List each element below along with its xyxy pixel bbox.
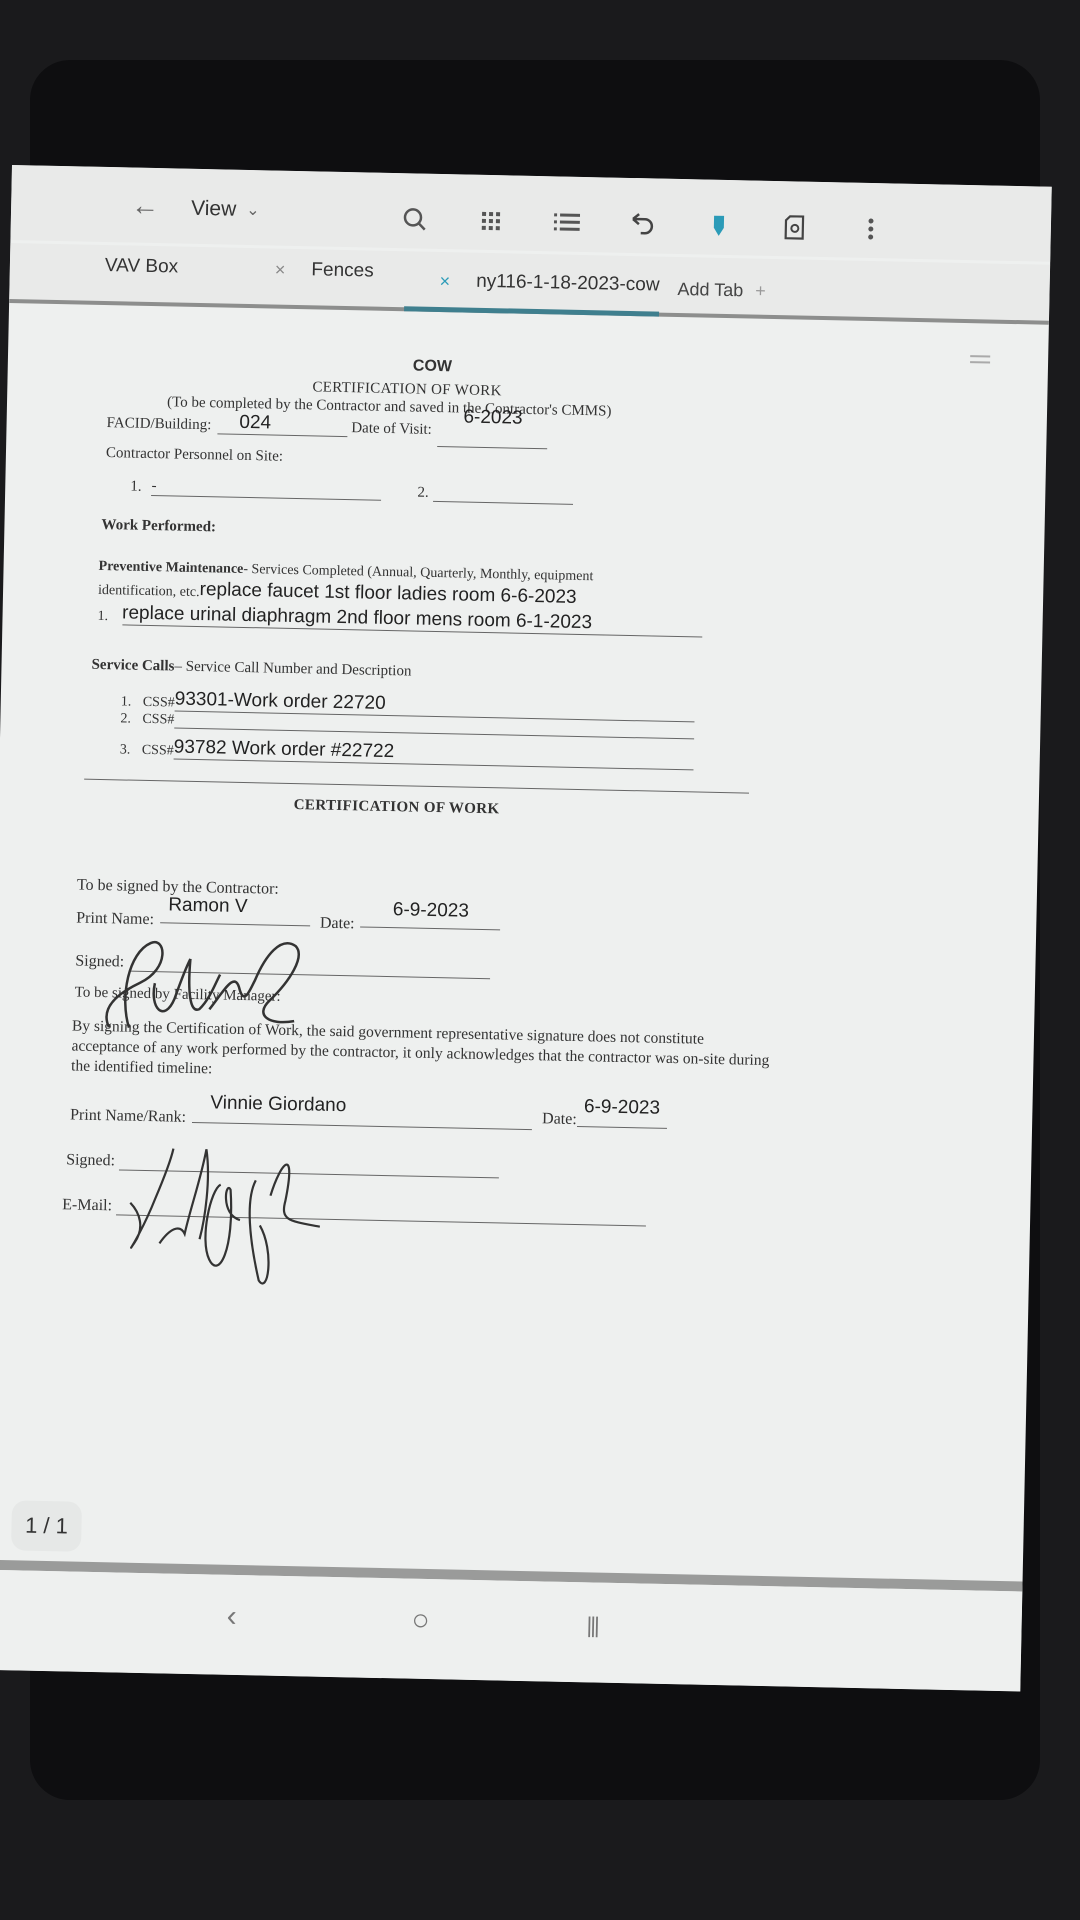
undo-icon[interactable] (629, 210, 658, 239)
service-call-row: 3.CSS#93782 Work order #22722 (120, 735, 694, 770)
tab-label: ny116-1-18-2023-cow (476, 271, 660, 297)
search-icon[interactable] (401, 205, 430, 234)
contractor-print-field[interactable]: Ramon V (160, 900, 310, 926)
app-screen: ← View ⌄ (0, 165, 1052, 1691)
service-call-field[interactable]: 93782 Work order #22722 (174, 737, 694, 771)
add-tab-button[interactable]: Add Tab + (677, 279, 766, 302)
list-icon[interactable] (553, 208, 582, 237)
grid-icon[interactable] (477, 207, 506, 236)
active-tab-indicator (404, 306, 659, 316)
facility-manager-signature (108, 1117, 412, 1303)
personnel-row: 1. - 2. (130, 478, 573, 505)
more-vertical-icon[interactable] (857, 215, 886, 244)
tab-label: Fences (311, 259, 374, 282)
work-performed-heading: Work Performed: (101, 517, 216, 536)
chevron-down-icon: ⌄ (246, 200, 260, 220)
personnel-label: Contractor Personnel on Site: (106, 445, 283, 466)
add-tab-label: Add Tab (677, 279, 743, 301)
view-menu-button[interactable]: View ⌄ (191, 197, 260, 222)
tab-vav-box[interactable]: VAV Box (105, 255, 179, 279)
pm-field-1[interactable]: replace urinal diaphragm 2nd floor mens … (122, 602, 702, 637)
tab-ny116-cow[interactable]: × ny116-1-18-2023-cow (439, 270, 659, 297)
arrow-left-icon[interactable]: ← (131, 190, 160, 223)
document-code: COW (413, 357, 452, 376)
drag-handle-icon[interactable] (970, 355, 990, 367)
fm-date-field[interactable]: 6-9-2023 (577, 1104, 667, 1129)
service-calls-label: Service Calls – Service Call Number and … (91, 657, 411, 681)
close-icon[interactable]: × (439, 270, 450, 291)
plus-icon: + (755, 281, 766, 302)
close-icon[interactable]: × (275, 259, 286, 280)
page-indicator: 1 / 1 (11, 1500, 82, 1551)
pm-item-1: 1. replace urinal diaphragm 2nd floor me… (97, 602, 702, 638)
nav-recents-icon[interactable]: ||| (586, 1612, 598, 1638)
save-icon[interactable] (781, 213, 810, 242)
view-label: View (191, 197, 237, 222)
facid-field[interactable]: 024 (217, 411, 347, 437)
personnel-2-field[interactable] (433, 488, 573, 505)
android-navbar: ‹ ○ ||| (0, 1570, 1022, 1692)
nav-home-icon[interactable]: ○ (411, 1604, 430, 1638)
contractor-date-field[interactable]: 6-9-2023 (361, 904, 501, 930)
facid-label: FACID/Building: (106, 415, 211, 434)
disclaimer: By signing the Certification of Work, th… (71, 1016, 772, 1091)
date-of-visit-field[interactable]: 6-2023 (437, 424, 547, 449)
tab-label: VAV Box (105, 255, 179, 279)
nav-back-icon[interactable]: ‹ (226, 1600, 237, 1634)
personnel-1-field[interactable]: - (151, 478, 381, 501)
tab-fences[interactable]: × Fences (275, 259, 374, 283)
pen-icon[interactable] (705, 212, 734, 241)
cert-heading: CERTIFICATION OF WORK (293, 797, 499, 818)
section-divider (84, 779, 749, 794)
pdf-document: COW CERTIFICATION OF WORK (To be complet… (44, 316, 998, 1505)
facid-row: FACID/Building: 024 Date of Visit: 6-202… (106, 409, 548, 441)
date-of-visit-label: Date of Visit: (351, 420, 432, 439)
